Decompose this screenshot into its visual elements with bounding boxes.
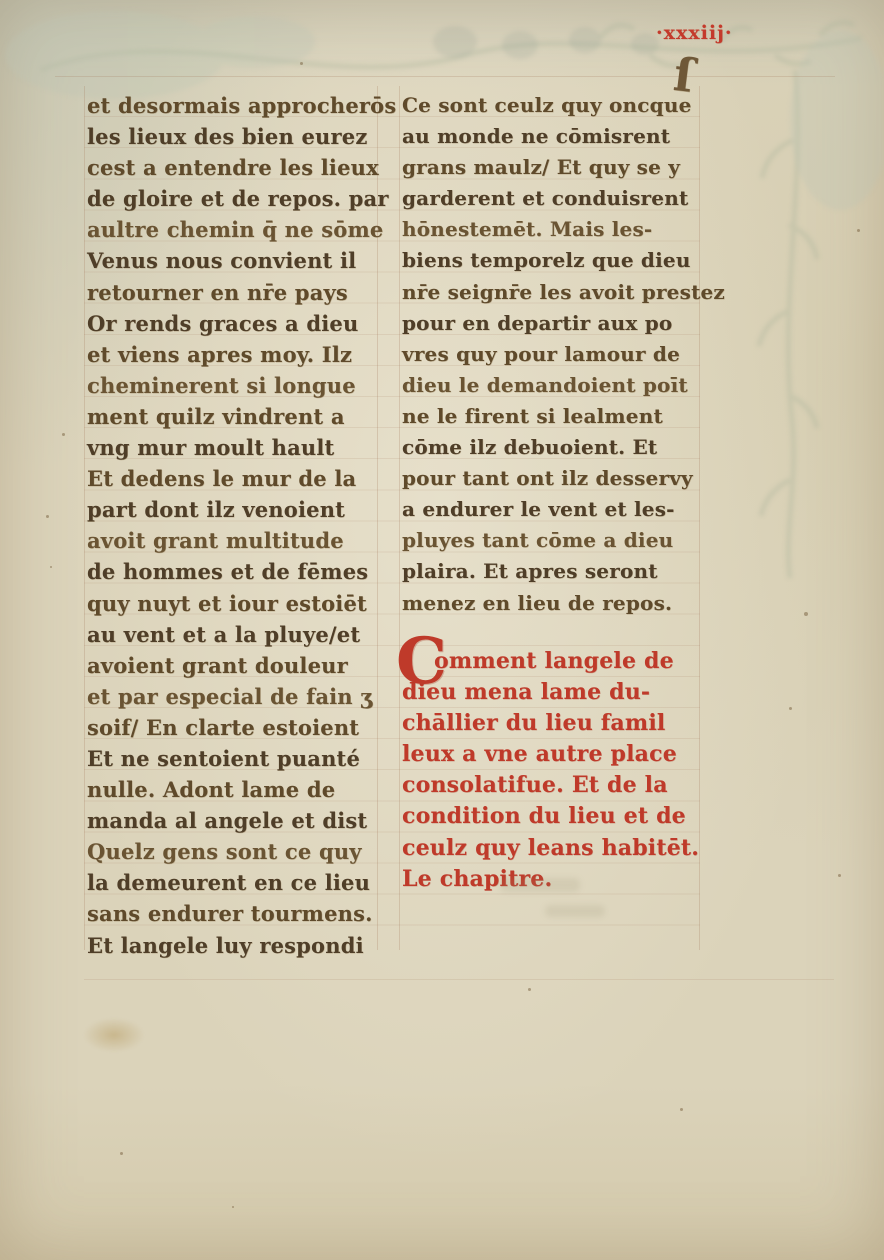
text-line: ne le firent si lealment: [402, 401, 700, 432]
text-line: aultre chemin q̄ ne sōme: [87, 214, 381, 245]
speck: [62, 433, 65, 436]
text-line: consolatifue. Et de la: [402, 770, 702, 801]
text-line: pluyes tant cōme a dieu: [402, 525, 700, 556]
text-line: et desormais approcherōs: [87, 90, 381, 121]
text-line: ceulz quy leans habitēt.: [402, 833, 702, 864]
text-line: sans endurer tourmens.: [87, 898, 381, 929]
text-line: soif/ En clarte estoient: [87, 712, 381, 743]
speck: [120, 1152, 123, 1155]
text-line: et viens apres moy. Ilz: [87, 339, 381, 370]
text-line: part dont ilz venoient: [87, 494, 381, 525]
text-line: plaira. Et apres seront: [402, 556, 700, 587]
text-line: hōnestemēt. Mais les-: [402, 214, 700, 245]
text-line: cest a entendre les lieux: [87, 152, 381, 183]
folio-number: ·xxxiij·: [656, 22, 766, 44]
bottom-ruling-line: [84, 979, 834, 980]
speck: [232, 1206, 234, 1208]
text-line: manda al angele et dist: [87, 805, 381, 836]
show-through-mark: [500, 878, 580, 892]
text-line: dieu le demandoient poīt: [402, 370, 700, 401]
text-line: vres quy pour lamour de: [402, 339, 700, 370]
text-line: Or rends graces a dieu: [87, 308, 381, 339]
speck: [528, 988, 531, 991]
text-line: quy nuyt et iour estoiēt: [87, 588, 381, 619]
speck: [804, 612, 808, 616]
text-line: Et langele luy respondi: [87, 930, 381, 961]
speck: [680, 1108, 683, 1111]
text-line: les lieux des bien eurez: [87, 121, 381, 152]
rubric-first-line-text: omment langele de: [434, 648, 674, 674]
text-line: cōme ilz debuoient. Et: [402, 432, 700, 463]
show-through-mark: [545, 905, 605, 917]
text-line: garderent et conduisrent: [402, 183, 700, 214]
right-text-column: Ce sont ceulz quy oncqueau monde ne cōmi…: [402, 90, 700, 619]
text-line: de hommes et de fēmes: [87, 556, 381, 587]
text-line: de gloire et de repos. par: [87, 183, 381, 214]
text-line: Et ne sentoient puanté: [87, 743, 381, 774]
text-line: retourner en nr̄e pays: [87, 277, 381, 308]
parchment-smudge: [84, 1018, 144, 1052]
top-ruling-line: [55, 76, 835, 77]
text-line: menez en lieu de repos.: [402, 588, 700, 619]
text-line: nulle. Adont lame de: [87, 774, 381, 805]
text-line: au monde ne cōmisrent: [402, 121, 700, 152]
text-line: grans maulz/ Et quy se y: [402, 152, 700, 183]
text-line: cheminerent si longue: [87, 370, 381, 401]
vertical-rule-left-outer: [84, 86, 85, 950]
text-line: leux a vne autre place: [402, 739, 702, 770]
vertical-rule-right-inner: [399, 86, 400, 950]
speck: [789, 707, 792, 710]
text-line: avoient grant douleur: [87, 650, 381, 681]
text-line: ment quilz vindrent a: [87, 401, 381, 432]
rubric-first-line: C omment langele de: [402, 646, 702, 677]
text-line: Quelz gens sont ce quy: [87, 836, 381, 867]
text-line: biens temporelz que dieu: [402, 245, 700, 276]
text-line: Ce sont ceulz quy oncque: [402, 90, 700, 121]
rubric-lines: dieu mena lame du-chāllier du lieu famil…: [402, 677, 702, 895]
speck: [300, 62, 303, 65]
rubric-section: C omment langele de dieu mena lame du-ch…: [402, 646, 702, 895]
text-line: et par especial de fain ʒ: [87, 681, 381, 712]
text-line: pour en departir aux po: [402, 308, 700, 339]
speck: [838, 874, 841, 877]
text-line: chāllier du lieu famil: [402, 708, 702, 739]
text-line: au vent et a la pluye/et: [87, 619, 381, 650]
text-line: condition du lieu et de: [402, 801, 702, 832]
text-line: pour tant ont ilz desservy: [402, 463, 700, 494]
speck: [50, 566, 52, 568]
speck: [857, 229, 860, 232]
text-line: a endurer le vent et les-: [402, 494, 700, 525]
text-line: la demeurent en ce lieu: [87, 867, 381, 898]
text-line: Et dedens le mur de la: [87, 463, 381, 494]
rubric-initial-dropcap: C: [396, 630, 447, 694]
left-text-column: et desormais approcherōsles lieux des bi…: [87, 90, 381, 961]
manuscript-page: ·xxxiij· ſ et desormais approcherōsles l…: [0, 0, 884, 1260]
text-line: nr̄e seignr̄e les avoit prestez: [402, 277, 700, 308]
text-line: Venus nous convient il: [87, 245, 381, 276]
text-line: vng mur moult hault: [87, 432, 381, 463]
speck: [46, 515, 49, 518]
text-line: avoit grant multitude: [87, 525, 381, 556]
